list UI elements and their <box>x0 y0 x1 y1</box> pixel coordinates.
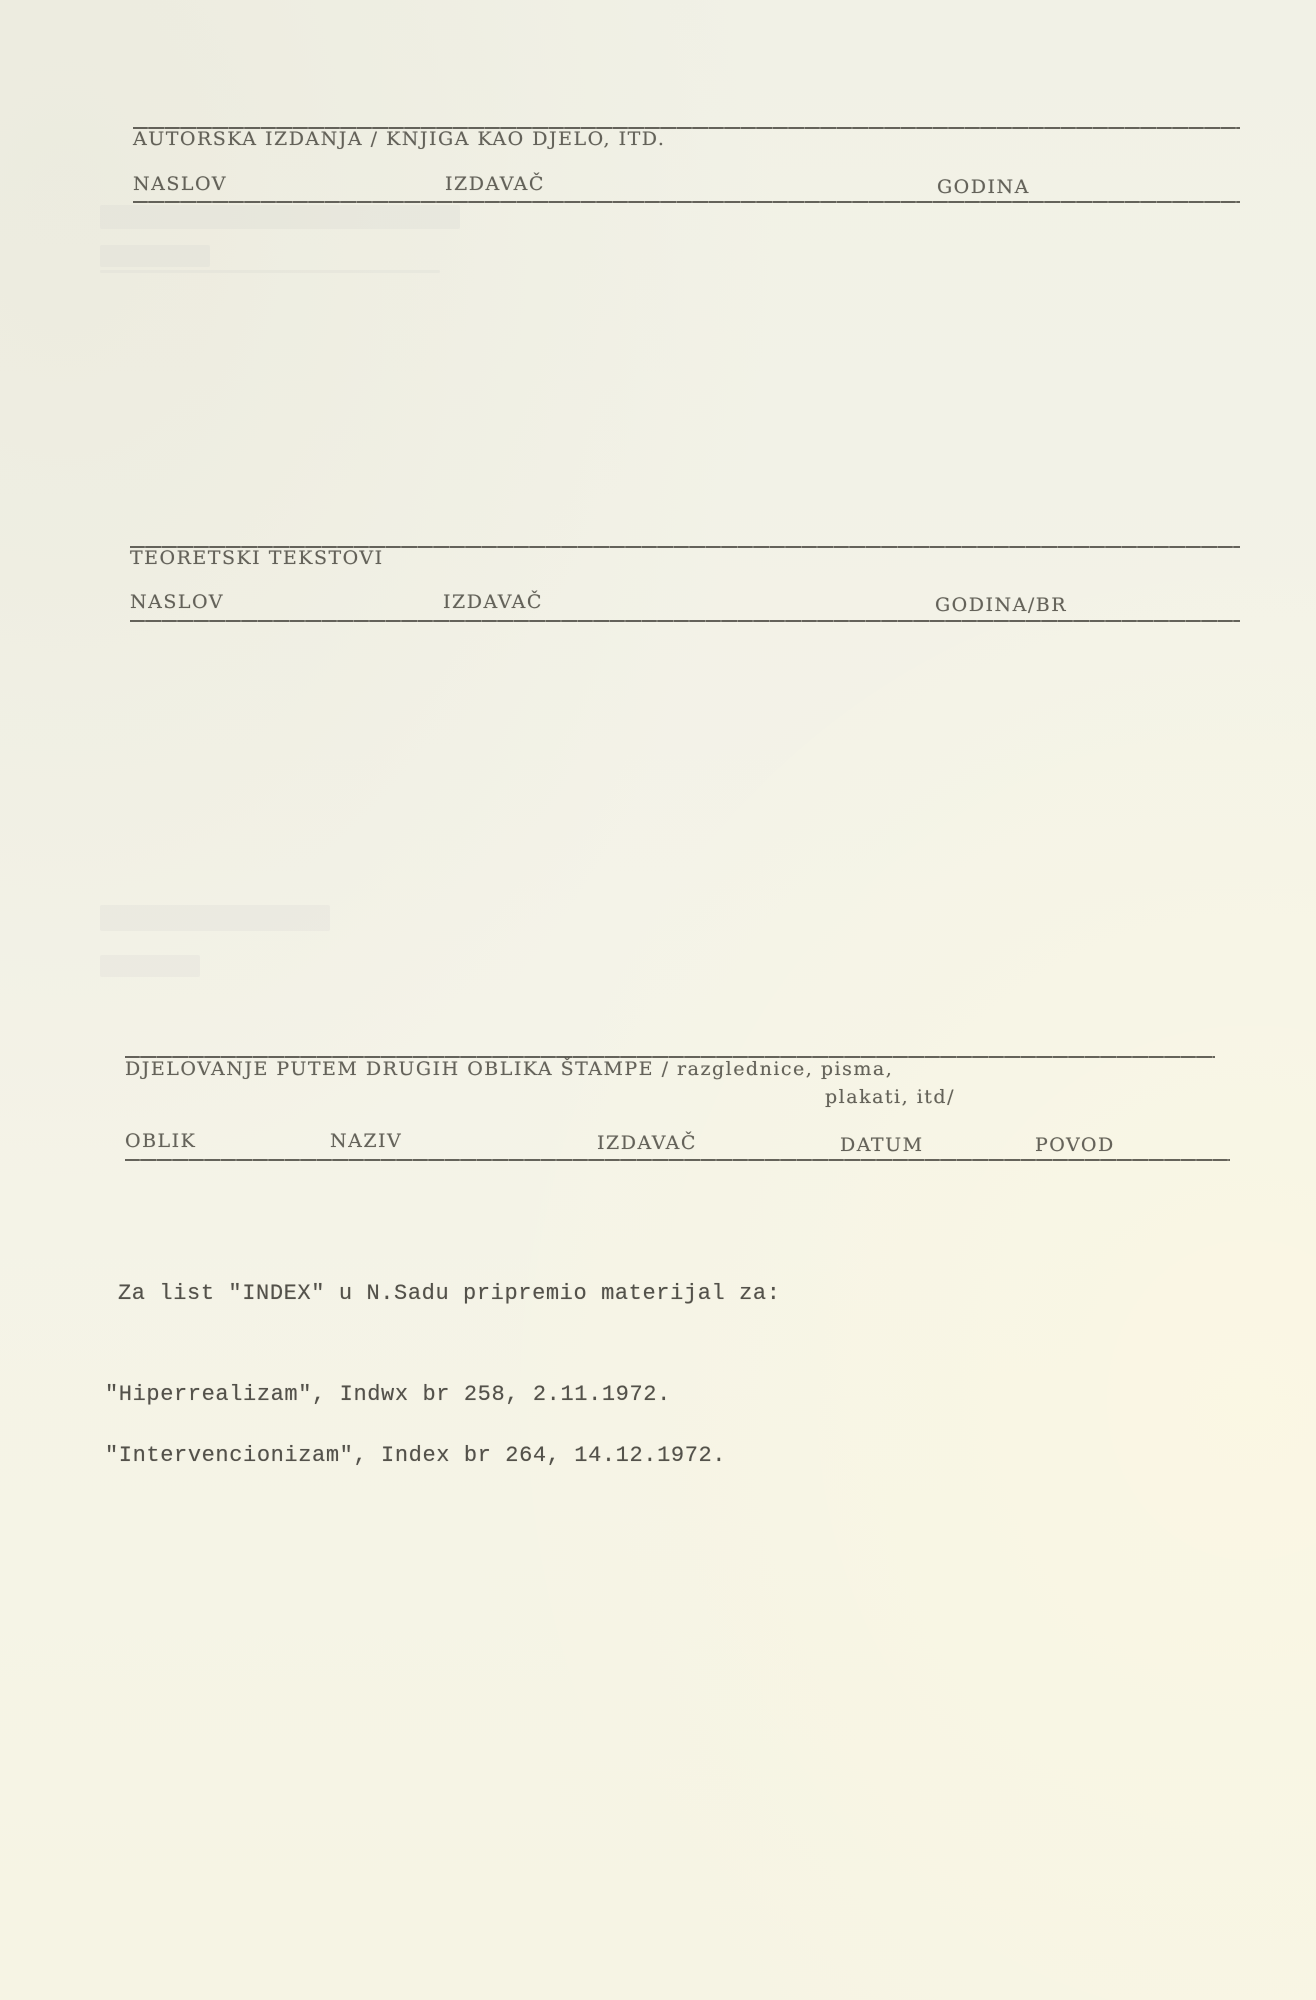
show-through-mark <box>100 205 460 229</box>
show-through-rule <box>100 270 440 273</box>
show-through-mark <box>100 245 210 267</box>
column-header-datum: DATUM <box>840 1134 924 1156</box>
column-header-izdavac: IZDAVAČ <box>597 1132 697 1154</box>
column-header-izdavac: IZDAVAČ <box>443 591 543 613</box>
column-header-naziv: NAZIV <box>330 1130 402 1152</box>
show-through-mark <box>100 905 330 931</box>
section-header-rule <box>133 201 1240 203</box>
column-header-oblik: OBLIK <box>125 1130 196 1152</box>
column-header-godina-br: GODINA/BR <box>935 594 1067 616</box>
section-header-rule <box>130 620 1240 622</box>
column-header-izdavac: IZDAVAČ <box>445 173 545 195</box>
section-heading: AUTORSKA IZDANJA / KNJIGA KAO DJELO, ITD… <box>133 128 665 150</box>
column-header-naslov: NASLOV <box>133 173 227 195</box>
note-entry: "Intervencionizam", Index br 264, 14.12.… <box>105 1443 726 1468</box>
section-heading: TEORETSKI TEKSTOVI <box>130 547 384 569</box>
column-header-povod: POVOD <box>1035 1134 1115 1156</box>
column-header-naslov: NASLOV <box>130 591 224 613</box>
section-header-rule <box>125 1159 1230 1161</box>
show-through-mark <box>100 955 200 977</box>
note-entry: "Hiperrealizam", Indwx br 258, 2.11.1972… <box>105 1382 671 1407</box>
section-heading: DJELOVANJE PUTEM DRUGIH OBLIKA ŠTAMPE / … <box>125 1058 893 1080</box>
column-header-godina: GODINA <box>937 176 1030 198</box>
notes-intro: Za list "INDEX" u N.Sadu pripremio mater… <box>118 1281 781 1306</box>
document-page: AUTORSKA IZDANJA / KNJIGA KAO DJELO, ITD… <box>0 0 1316 2000</box>
section-heading-continued: plakati, itd/ <box>825 1086 955 1108</box>
